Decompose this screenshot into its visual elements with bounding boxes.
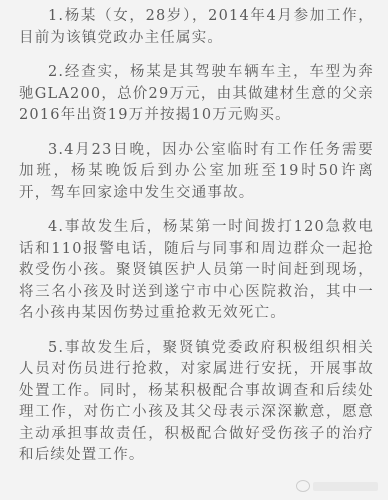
watermark-text xyxy=(313,482,378,491)
paragraph-5: 5.事故发生后，聚贤镇党委政府积极组织相关人员对伤员进行抢救，对家属进行安抚，开… xyxy=(19,338,374,467)
document-body: 1.杨某（女，28岁），2014年4月参加工作，目前为该镇党政办主任属实。 2.… xyxy=(0,0,388,467)
paragraph-2: 2.经查实，杨某是其驾驶车辆车主，车型为奔驰GLA200，总价29万元，由其做建… xyxy=(19,62,374,127)
paragraph-4: 4.事故发生后，杨某第一时间拨打120急救电话和110报警电话，随后与同事和周边… xyxy=(19,217,374,325)
weibo-watermark xyxy=(296,480,378,492)
paragraph-3: 3.4月23日晚，因办公室临时有工作任务需要加班，杨某晚饭后到办公室加班至19时… xyxy=(19,140,374,205)
weibo-icon xyxy=(296,480,310,492)
paragraph-1: 1.杨某（女，28岁），2014年4月参加工作，目前为该镇党政办主任属实。 xyxy=(19,6,374,49)
